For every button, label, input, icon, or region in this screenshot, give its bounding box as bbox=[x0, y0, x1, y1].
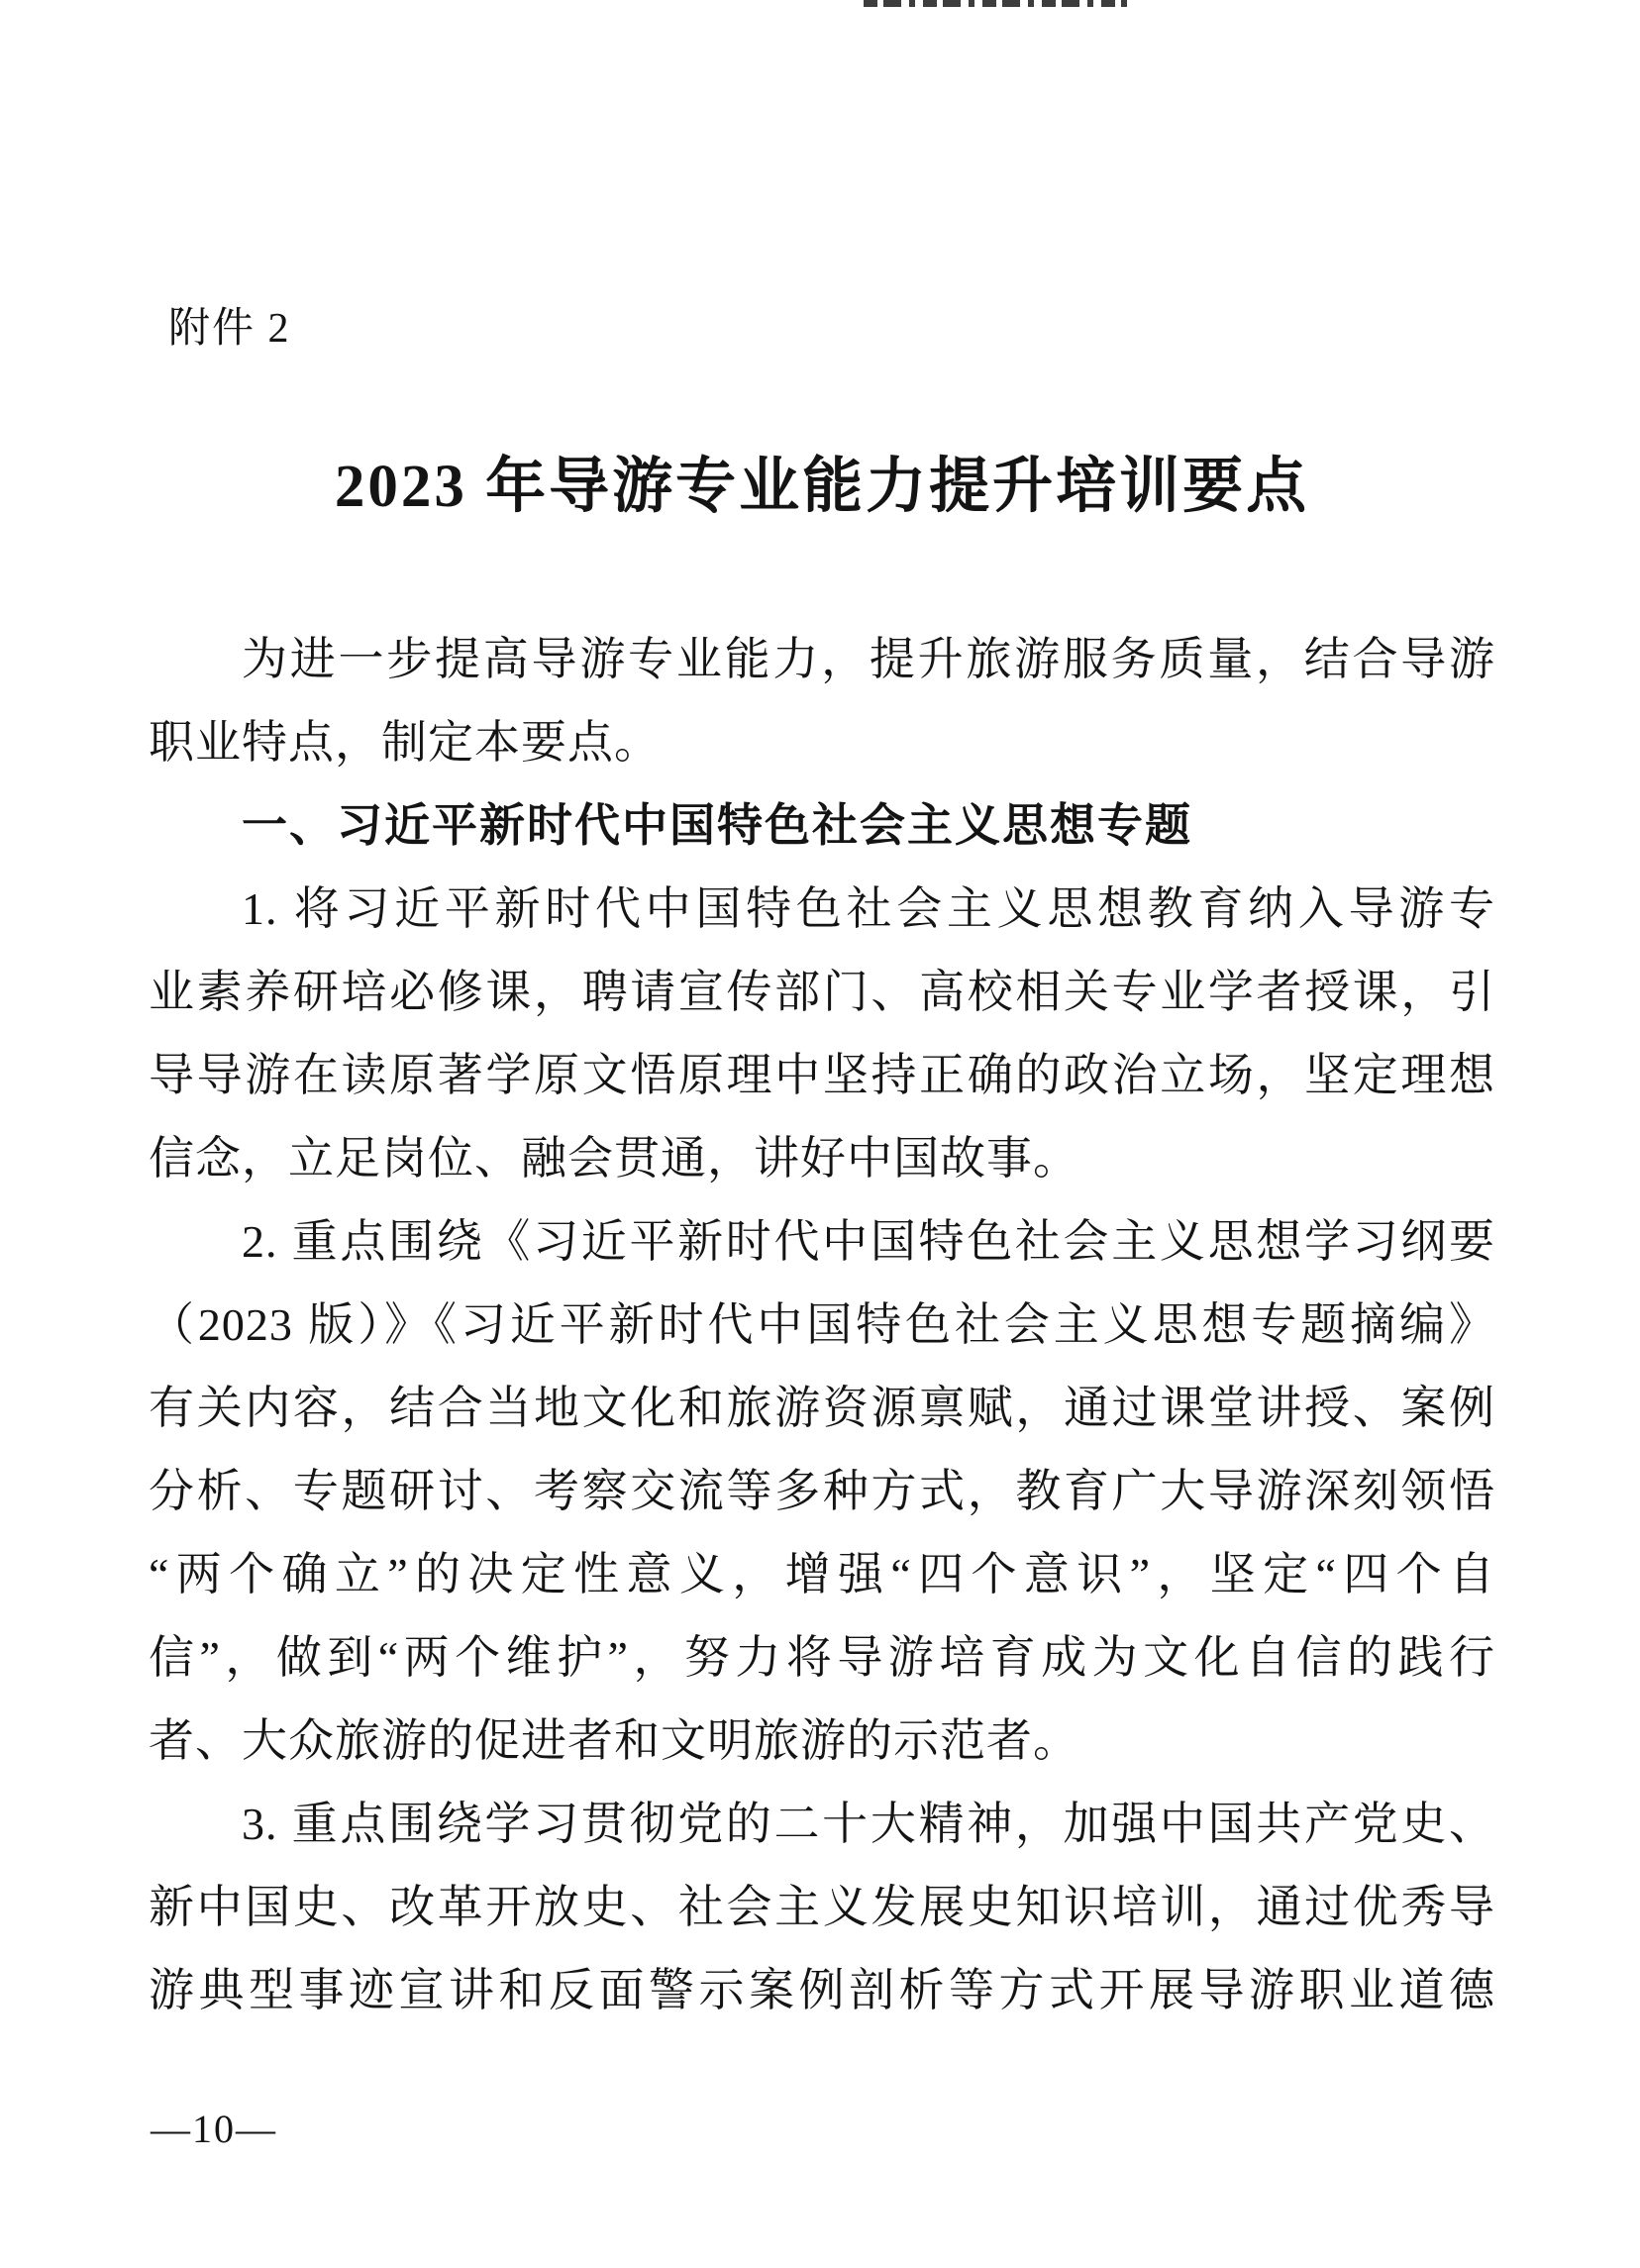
text-line: 分析、专题研讨、考察交流等多种方式，教育广大导游深刻领悟 bbox=[149, 1450, 1495, 1533]
text-line: 导导游在读原著学原文悟原理中坚持正确的政治立场，坚定理想 bbox=[149, 1034, 1495, 1117]
text-line: 信念，立足岗位、融会贯通，讲好中国故事。 bbox=[149, 1117, 1495, 1200]
scanned-document-page: 附件 2 2023 年导游专业能力提升培训要点 为进一步提高导游专业能力，提升旅… bbox=[0, 0, 1640, 2268]
text-line: 3. 重点围绕学习贯彻党的二十大精神，加强中国共产党史、 bbox=[149, 1783, 1495, 1866]
page-number: —10— bbox=[151, 2106, 277, 2153]
text-line: （2023 版）》《习近平新时代中国特色社会主义思想专题摘编》 bbox=[149, 1284, 1495, 1367]
text-line: 职业特点，制定本要点。 bbox=[149, 701, 1495, 784]
text-line: 有关内容，结合当地文化和旅游资源禀赋，通过课堂讲授、案例 bbox=[149, 1367, 1495, 1450]
text-line: 为进一步提高导游专业能力，提升旅游服务质量，结合导游 bbox=[149, 618, 1495, 701]
attachment-label: 附件 2 bbox=[168, 305, 291, 353]
text-line: 信”，做到“两个维护”，努力将导游培育成为文化自信的践行 bbox=[149, 1616, 1495, 1700]
document-body: 为进一步提高导游专业能力，提升旅游服务质量，结合导游职业特点，制定本要点。一、习… bbox=[149, 618, 1495, 2032]
text-line: 者、大众旅游的促进者和文明旅游的示范者。 bbox=[149, 1700, 1495, 1783]
text-line: 游典型事迹宣讲和反面警示案例剖析等方式开展导游职业道德 bbox=[149, 1949, 1495, 2032]
text-line: 1. 将习近平新时代中国特色社会主义思想教育纳入导游专 bbox=[149, 868, 1495, 951]
text-line: 新中国史、改革开放史、社会主义发展史知识培训，通过优秀导 bbox=[149, 1866, 1495, 1949]
text-line: 业素养研培必修课，聘请宣传部门、高校相关专业学者授课，引 bbox=[149, 951, 1495, 1034]
top-edge-scan-artifact bbox=[864, 0, 1127, 7]
text-line: “两个确立”的决定性意义，增强“四个意识”，坚定“四个自 bbox=[149, 1533, 1495, 1616]
section-heading: 一、习近平新时代中国特色社会主义思想专题 bbox=[149, 784, 1495, 868]
text-line: 2. 重点围绕《习近平新时代中国特色社会主义思想学习纲要 bbox=[149, 1200, 1495, 1284]
document-title: 2023 年导游专业能力提升培训要点 bbox=[149, 448, 1495, 527]
